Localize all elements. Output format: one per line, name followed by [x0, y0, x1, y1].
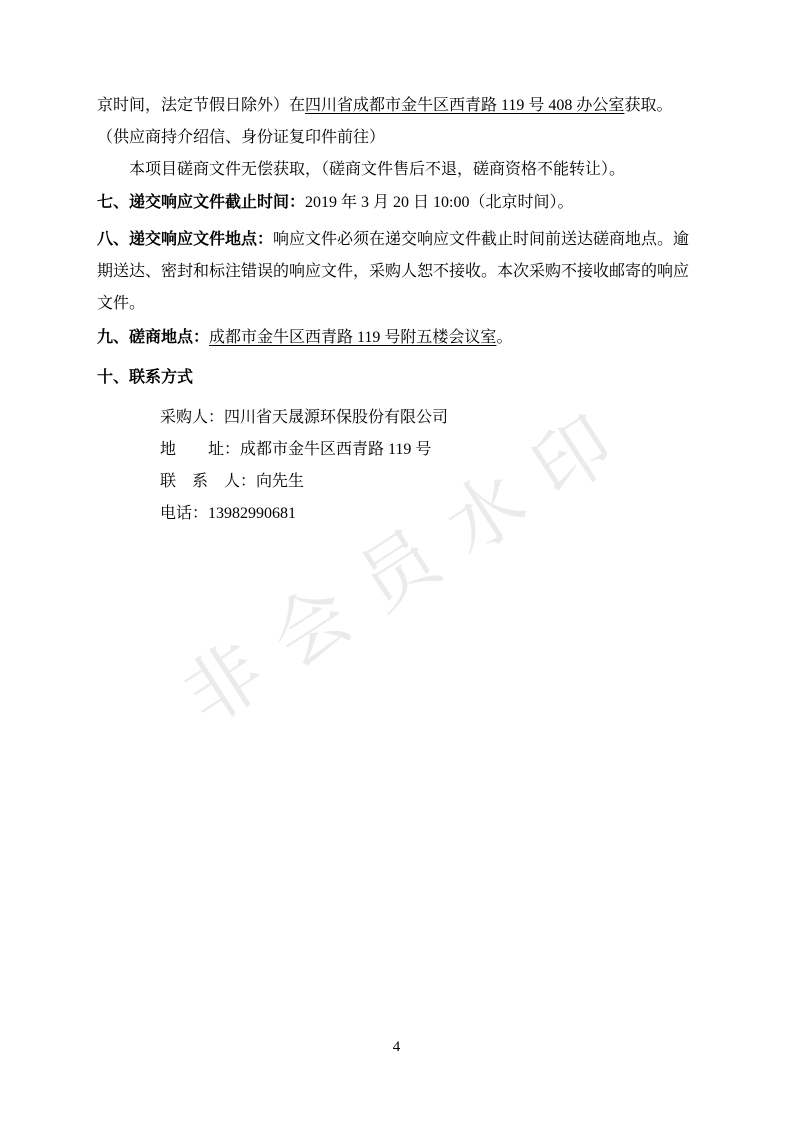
section-line: 期送达、密封和标注错误的响应文件，采购人恕不接收。本次采购不接收邮寄的响应: [97, 256, 717, 288]
section-heading: 九、磋商地点：: [97, 329, 209, 346]
paragraph-line: 京时间，法定节假日除外）在四川省成都市金牛区西青路 119 号 408 办公室获…: [97, 90, 717, 122]
section-line: 八、递交响应文件地点：响应文件必须在递交响应文件截止时间前送达磋商地点。逾: [97, 224, 717, 256]
body-text: 2019 年 3 月 20 日 10:00（北京时间）。: [305, 194, 573, 211]
section-7-deadline: 七、递交响应文件截止时间：2019 年 3 月 20 日 10:00（北京时间）…: [97, 187, 717, 219]
body-text: 本项目磋商文件无偿获取，（磋商文件售后不退，磋商资格不能转让）。: [129, 161, 625, 178]
section-heading: 八、递交响应文件地点：: [97, 231, 273, 248]
section-8-delivery-place: 八、递交响应文件地点：响应文件必须在递交响应文件截止时间前送达磋商地点。逾 期送…: [97, 224, 717, 320]
body-text: （供应商持介绍信、身份证复印件前往）: [97, 129, 385, 146]
paragraph-line: （供应商持介绍信、身份证复印件前往）: [97, 122, 717, 154]
section-heading: 十、联系方式: [97, 369, 193, 386]
section-line: 文件。: [97, 288, 717, 320]
body-text: 获取。: [624, 97, 672, 114]
body-text: 响应文件必须在递交响应文件截止时间前送达磋商地点。逾: [273, 231, 689, 248]
contact-phone: 电话：13982990681: [160, 498, 717, 530]
section-line: 九、磋商地点：成都市金牛区西青路 119 号附五楼会议室。: [97, 322, 717, 354]
section-heading: 七、递交响应文件截止时间：: [97, 194, 305, 211]
contact-buyer: 采购人：四川省天晟源环保股份有限公司: [160, 402, 717, 434]
contact-info-block: 采购人：四川省天晟源环保股份有限公司 地 址：成都市金牛区西青路 119 号 联…: [97, 402, 717, 530]
paragraph-line: 本项目磋商文件无偿获取，（磋商文件售后不退，磋商资格不能转让）。: [97, 154, 717, 186]
body-text: 京时间，法定节假日除外）在: [97, 97, 305, 114]
paragraph-continuation: 京时间，法定节假日除外）在四川省成都市金牛区西青路 119 号 408 办公室获…: [97, 90, 717, 186]
body-text: 期送达、密封和标注错误的响应文件，采购人恕不接收。本次采购不接收邮寄的响应: [97, 263, 689, 280]
body-text: 。: [496, 329, 512, 346]
page-number: 4: [0, 1038, 793, 1056]
body-text: 文件。: [97, 295, 145, 312]
section-9-negotiation-place: 九、磋商地点：成都市金牛区西青路 119 号附五楼会议室。: [97, 322, 717, 354]
document-content: 京时间，法定节假日除外）在四川省成都市金牛区西青路 119 号 408 办公室获…: [97, 90, 717, 530]
contact-person: 联 系 人：向先生: [160, 466, 717, 498]
contact-address: 地 址：成都市金牛区西青路 119 号: [160, 434, 717, 466]
section-line: 七、递交响应文件截止时间：2019 年 3 月 20 日 10:00（北京时间）…: [97, 187, 717, 219]
underlined-address: 成都市金牛区西青路 119 号附五楼会议室: [209, 329, 496, 346]
section-10-contact: 十、联系方式: [97, 362, 717, 394]
underlined-address: 四川省成都市金牛区西青路 119 号 408 办公室: [305, 97, 624, 114]
document-page: 非会员水印 京时间，法定节假日除外）在四川省成都市金牛区西青路 119 号 40…: [0, 0, 793, 1122]
section-line: 十、联系方式: [97, 362, 717, 394]
